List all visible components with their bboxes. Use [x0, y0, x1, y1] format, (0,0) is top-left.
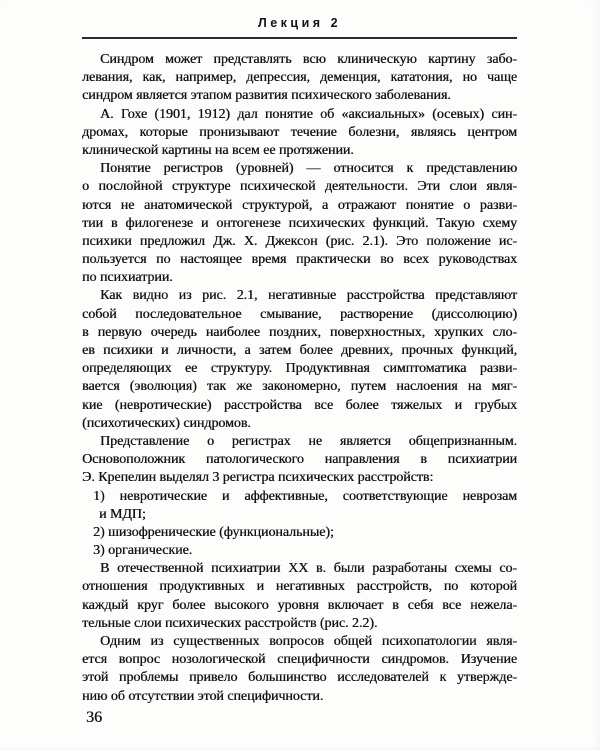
header-rule	[82, 37, 517, 39]
text-line: вается (эволюция) так же закономерно, пу…	[82, 378, 517, 396]
running-header: Лекция 2	[82, 16, 517, 30]
text-line: ев психики и личности, а затем более дре…	[82, 342, 517, 360]
text-line: Как видно из рис. 2.1, негативные расстр…	[82, 287, 517, 305]
text-line: Синдром может представлять всю клиническ…	[82, 51, 517, 69]
text-line: кие (невротические) расстройства все бол…	[82, 397, 517, 415]
text-line: Представление о регистрах не является об…	[82, 433, 517, 451]
text-line: о послойной структуре психической деятел…	[82, 178, 517, 196]
text-line: ется вопрос нозологической специфичности…	[82, 651, 517, 669]
text-line: психики предложил Дж. Х. Джексон (рис. 2…	[82, 233, 517, 251]
text-line: синдром является этапом развития психиче…	[82, 87, 517, 105]
text-line: нию об отсутствии этой специфичности.	[82, 688, 517, 706]
text-line: собой последовательное смывание, раствор…	[82, 306, 517, 324]
text-line: клинической картины на всем ее протяжени…	[82, 142, 517, 160]
text-line: Э. Крепелин выделял 3 регистра психическ…	[82, 469, 517, 487]
text-line: тии в филогенезе и онтогенезе психически…	[82, 215, 517, 233]
text-line: тельные слои психических расстройств (ри…	[82, 615, 517, 633]
text-line: по психиатрии.	[82, 269, 517, 287]
text-line: левания, как, например, депрессия, демен…	[82, 69, 517, 87]
page-number: 36	[86, 709, 102, 727]
text-line: дромах, которые пронизывают течение боле…	[82, 124, 517, 142]
text-line: (психотических) синдромов.	[82, 415, 517, 433]
text-line: ются не анатомической структурой, а отра…	[82, 197, 517, 215]
text-line: 3) органические.	[82, 542, 517, 560]
text-line: Основоположник патологического направлен…	[82, 451, 517, 469]
text-line: этой проблемы привело большинство исслед…	[82, 669, 517, 687]
text-line: и МДП;	[82, 506, 517, 524]
text-line: в первую очередь наиболее поздних, повер…	[82, 324, 517, 342]
text-line: определяющих ее структуру. Продуктивная …	[82, 360, 517, 378]
text-line: В отечественной психиатрии XX в. были ра…	[82, 560, 517, 578]
book-page: Лекция 2 Синдром может представлять всю …	[0, 0, 600, 750]
text-line: 2) шизофренические (функциональные);	[82, 524, 517, 542]
text-line: каждый круг более высокого уровня включа…	[82, 597, 517, 615]
text-line: А. Гохе (1901, 1912) дал понятие об «акс…	[82, 106, 517, 124]
page-text: Синдром может представлять всю клиническ…	[82, 51, 517, 706]
text-line: 1) невротические и аффективные, соответс…	[82, 488, 517, 506]
text-line: отношения продуктивных и негативных расс…	[82, 578, 517, 596]
text-line: пользуется по настоящее время практическ…	[82, 251, 517, 269]
text-line: Понятие регистров (уровней) — относится …	[82, 160, 517, 178]
text-line: Одним из существенных вопросов общей пси…	[82, 633, 517, 651]
